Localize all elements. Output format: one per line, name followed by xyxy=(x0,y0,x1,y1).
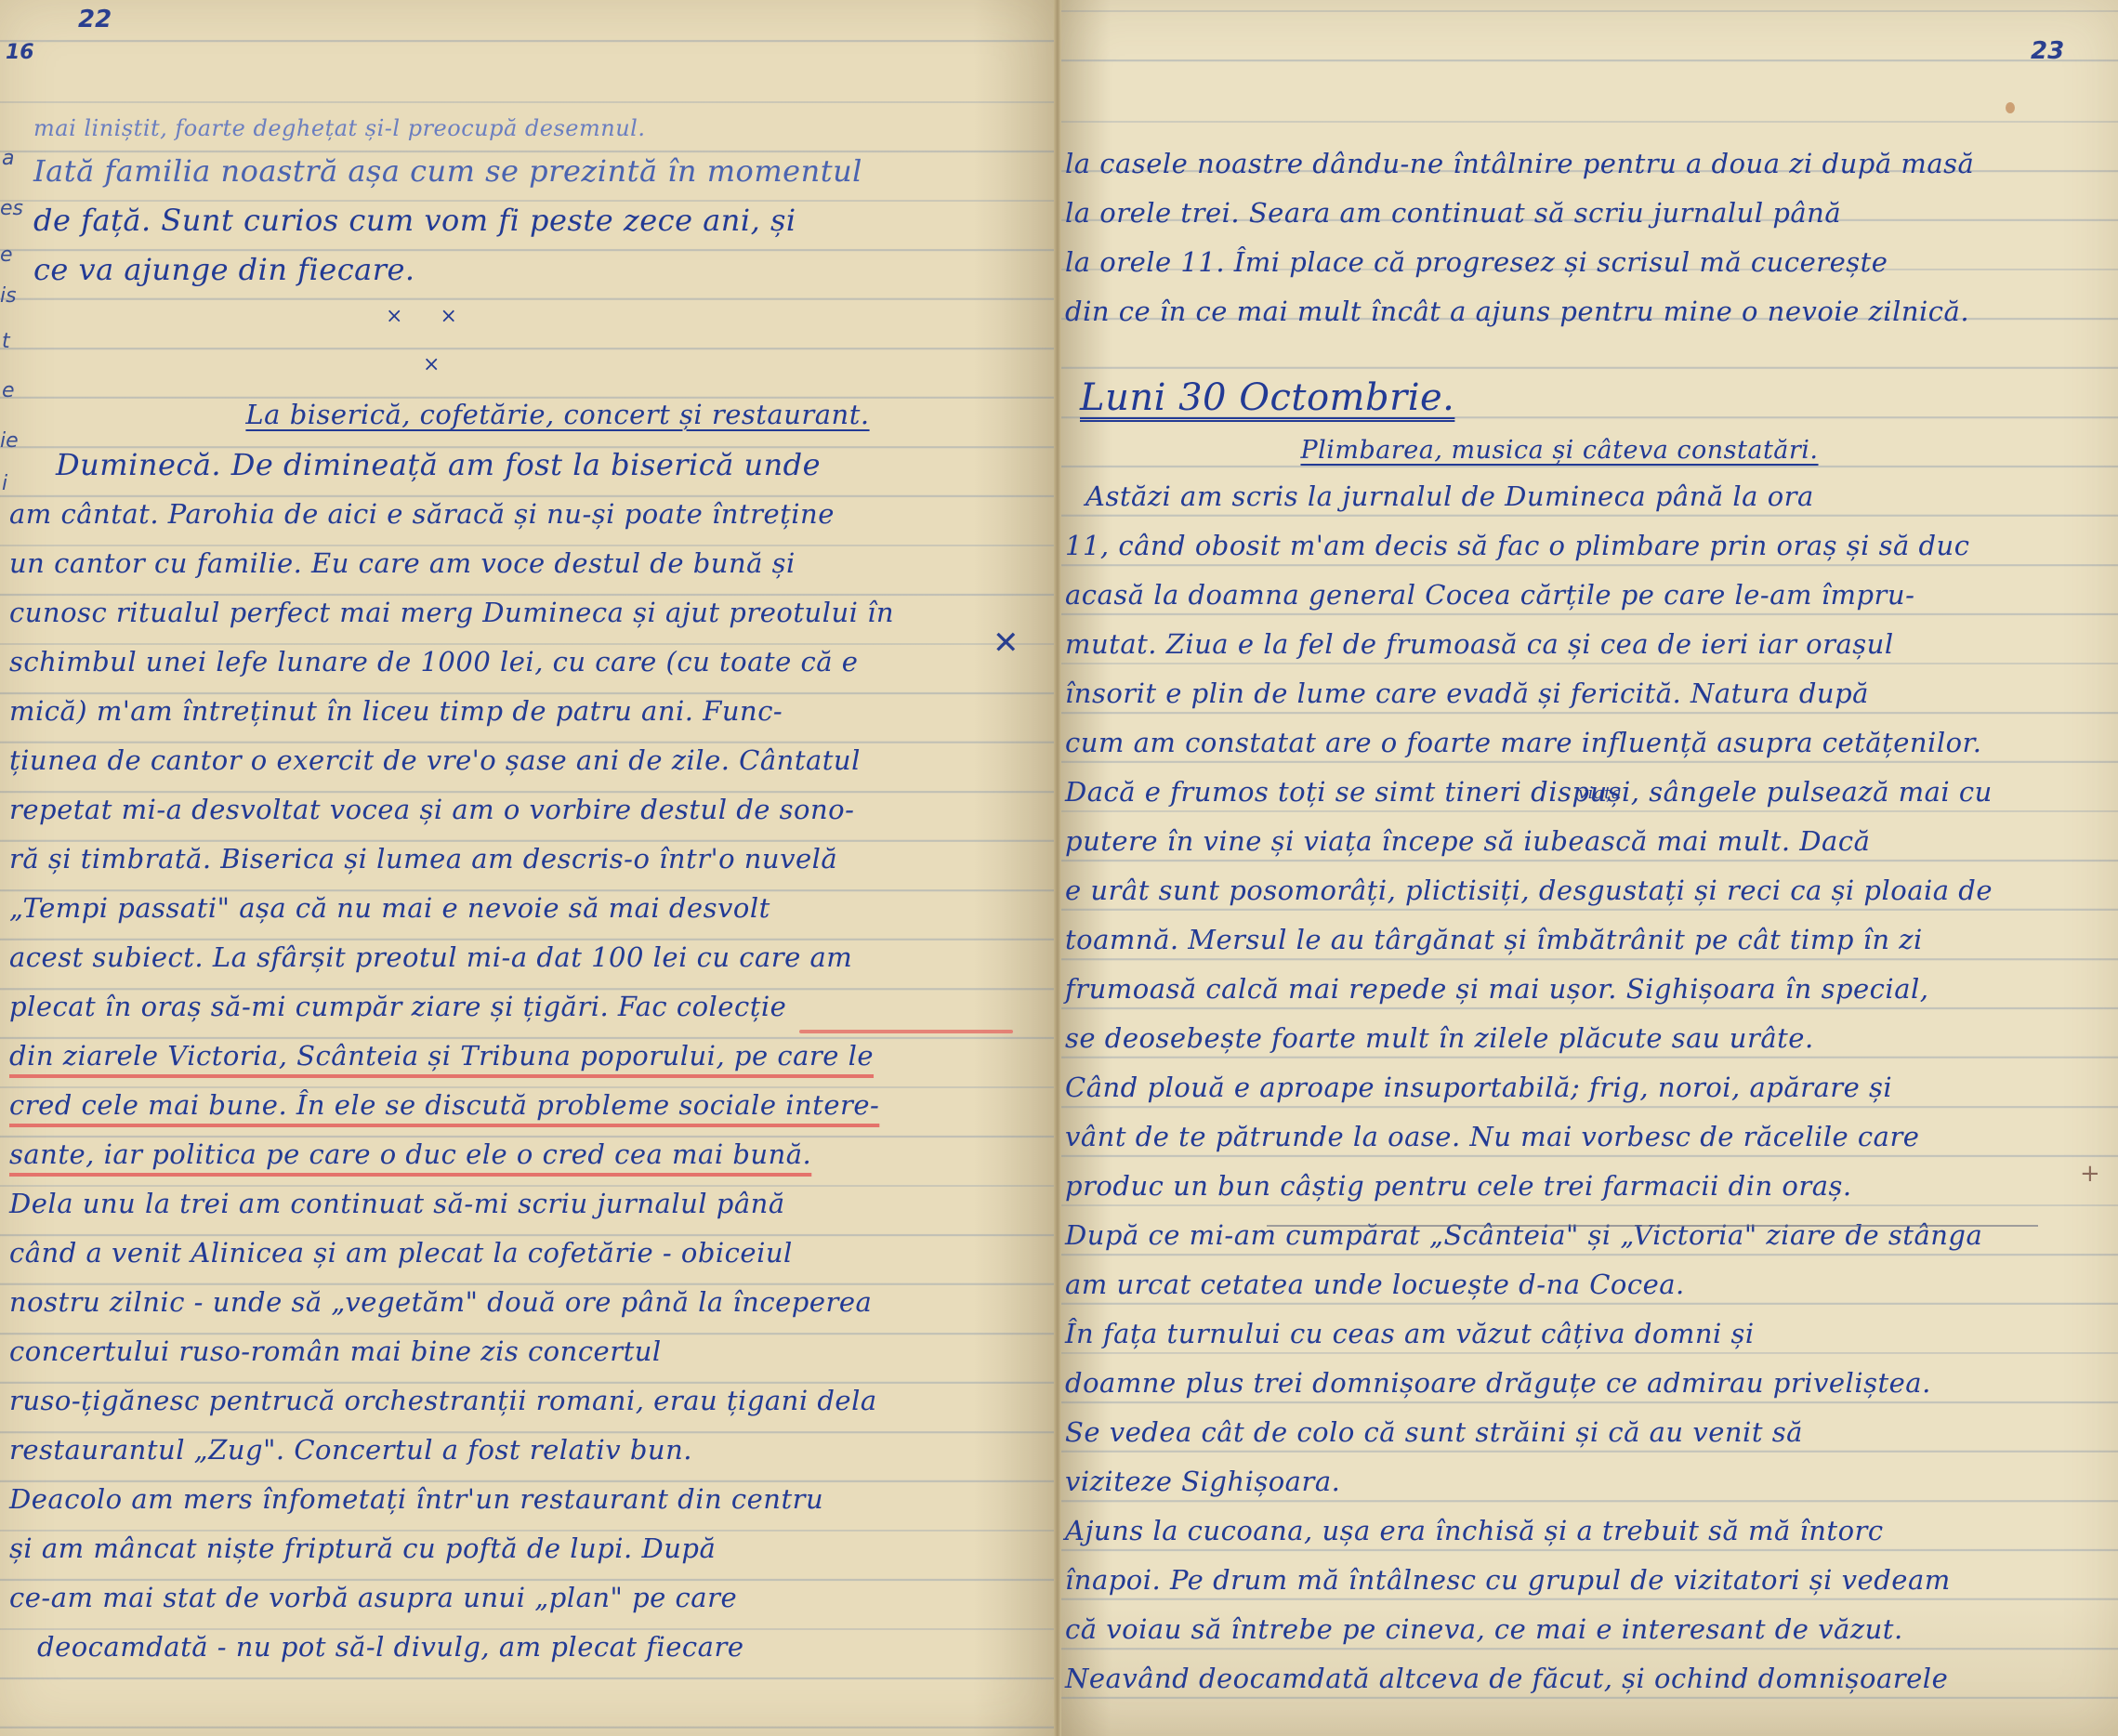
inserted-word: viața xyxy=(1578,783,1622,803)
text-line: mutat. Ziua e la fel de frumoasă ca și c… xyxy=(1065,620,2111,669)
text-line: Se vedea cât de colo că sunt străini și … xyxy=(1065,1408,2111,1457)
text-line: că voiau să întrebe pe cineva, ce mai e … xyxy=(1065,1605,2111,1654)
text-line: Duminecă. De dimineață am fost la biseri… xyxy=(9,441,1046,490)
text-line: mai liniștit, foarte deghețat și-l preoc… xyxy=(33,110,1046,147)
text-line: mică) m'am întreținut în liceu timp de p… xyxy=(9,687,1046,736)
text-line: deocamdată - nu pot să-l divulg, am plec… xyxy=(9,1623,1046,1672)
right-page: 23 la casele noastre dându-ne întâlnire … xyxy=(1058,0,2118,1736)
text-line: la orele trei. Seara am continuat să scr… xyxy=(1065,189,2106,238)
left-page: 22 16 a es e is t e ie i mai liniștit, f… xyxy=(0,0,1058,1736)
text-line: „Tempi passati" așa că nu mai e nevoie s… xyxy=(9,884,1046,933)
text-line: am cântat. Parohia de aici e săracă și n… xyxy=(9,490,1046,539)
text-line: înapoi. Pe drum mă întâlnesc cu grupul d… xyxy=(1065,1556,2111,1605)
text-line: însorit e plin de lume care evadă și fer… xyxy=(1065,669,2111,718)
text-line: când a venit Alinicea și am plecat la co… xyxy=(9,1229,1046,1278)
ink-stain xyxy=(2006,102,2015,113)
separator-marks: ×× xyxy=(386,305,494,328)
book-gutter xyxy=(1054,0,1061,1736)
separator-mark: × xyxy=(440,305,493,328)
text-line: din ce în ce mai mult încât a ajuns pent… xyxy=(1065,287,2106,336)
text-line: produc un bun câștig pentru cele trei fa… xyxy=(1065,1162,2111,1211)
separator-mark: × xyxy=(386,305,440,328)
body-text: Astăzi am scris la jurnalul de Dumineca … xyxy=(1065,472,2111,1703)
text-line: cunosc ritualul perfect mai merg Duminec… xyxy=(9,588,1046,638)
text-line: ce va ajunge din fiecare. xyxy=(33,245,1046,295)
text-line: ruso-țigănesc pentrucă orchestranții rom… xyxy=(9,1376,1046,1426)
text-line: un cantor cu familie. Eu care am voce de… xyxy=(9,539,1046,588)
page-number-margin: 16 xyxy=(6,41,34,64)
text-line: acest subiect. La sfârșit preotul mi-a d… xyxy=(9,933,1046,982)
text-line: putere în vine și viața începe să iubeas… xyxy=(1065,817,2111,866)
text-line: ră și timbrată. Biserica și lumea am des… xyxy=(9,835,1046,884)
text-line: repetat mi-a desvoltat vocea și am o vor… xyxy=(9,785,1046,835)
text-line: am urcat cetatea unde locuește d-na Coce… xyxy=(1065,1260,2111,1309)
margin-fragment: is xyxy=(0,284,17,308)
text-line: nostru zilnic - unde să „vegetăm" două o… xyxy=(9,1278,1046,1327)
margin-fragment: i xyxy=(2,472,7,495)
notebook-spread: 22 16 a es e is t e ie i mai liniștit, f… xyxy=(0,0,2118,1736)
text-line: După ce mi-am cumpărat „Scânteia" și „Vi… xyxy=(1065,1211,2111,1260)
text-line: În fața turnului cu ceas am văzut câțiva… xyxy=(1065,1309,2111,1359)
date-heading: Luni 30 Octombrie. xyxy=(1080,370,1454,426)
text-line: Deacolo am mers înfometați într'un resta… xyxy=(9,1475,1046,1524)
page-number-top: 23 xyxy=(2031,37,2064,65)
text-line: frumoasă calcă mai repede și mai ușor. S… xyxy=(1065,965,2111,1014)
body-text: Duminecă. De dimineață am fost la biseri… xyxy=(9,441,1046,1672)
intro-paragraph: mai liniștit, foarte deghețat și-l preoc… xyxy=(33,110,1046,295)
text-line-red-underlined: din ziarele Victoria, Scânteia și Tribun… xyxy=(9,1032,1046,1081)
margin-fragment: e xyxy=(0,243,13,267)
cross-annotation: + xyxy=(2080,1160,2100,1188)
text-line: toamnă. Mersul le au târgănat și îmbătrâ… xyxy=(1065,915,2111,965)
margin-fragment: e xyxy=(2,379,15,402)
text-line: Dela unu la trei am continuat să-mi scri… xyxy=(9,1179,1046,1229)
text-line-red-underlined: cred cele mai bune. În ele se discută pr… xyxy=(9,1081,1046,1130)
text-line: Astăzi am scris la jurnalul de Dumineca … xyxy=(1065,472,2111,521)
text-line: concertului ruso-român mai bine zis conc… xyxy=(9,1327,1046,1376)
text-line: doamne plus trei domnișoare drăguțe ce a… xyxy=(1065,1359,2111,1408)
text-line: Ajuns la cucoana, ușa era închisă și a t… xyxy=(1065,1506,2111,1556)
text-line: schimbul unei lefe lunare de 1000 lei, c… xyxy=(9,638,1046,687)
section-title: Plimbarea, musica și câteva constatări. xyxy=(1188,426,1931,475)
section-title: La biserică, cofetărie, concert și resta… xyxy=(149,390,967,440)
cross-annotation: ✕ xyxy=(993,625,1020,662)
pencil-underline xyxy=(1267,1225,2038,1227)
page-number-top: 22 xyxy=(78,6,112,33)
text-line: acasă la doamna general Cocea cărțile pe… xyxy=(1065,571,2111,620)
margin-fragment: a xyxy=(2,147,14,170)
text-line: la orele 11. Îmi place că progresez și s… xyxy=(1065,238,2106,287)
text-line: viziteze Sighișoara. xyxy=(1065,1457,2111,1506)
margin-fragment: t xyxy=(2,330,10,353)
text-line: de față. Sunt curios cum vom fi peste ze… xyxy=(33,196,1046,245)
red-pencil-underline xyxy=(799,1030,1013,1033)
text-line: Iată familia noastră așa cum se prezintă… xyxy=(33,147,1046,196)
text-line: plecat în oraș să-mi cumpăr ziare și țig… xyxy=(9,982,1046,1032)
text-line: vânt de te pătrunde la oase. Nu mai vorb… xyxy=(1065,1112,2111,1162)
intro-paragraph: la casele noastre dându-ne întâlnire pen… xyxy=(1065,139,2106,336)
text-line: țiunea de cantor o exercit de vre'o șase… xyxy=(9,736,1046,785)
text-line: ce-am mai stat de vorbă asupra unui „pla… xyxy=(9,1573,1046,1623)
text-line: restaurantul „Zug". Concertul a fost rel… xyxy=(9,1426,1046,1475)
text-line: Când plouă e aproape insuportabilă; frig… xyxy=(1065,1063,2111,1112)
text-line: 11, când obosit m'am decis să fac o plim… xyxy=(1065,521,2111,571)
margin-fragment: es xyxy=(0,197,23,220)
text-line: la casele noastre dându-ne întâlnire pen… xyxy=(1065,139,2106,189)
text-line-red-underlined: sante, iar politica pe care o duc ele o … xyxy=(9,1130,1046,1179)
text-line: cum am constatat are o foarte mare influ… xyxy=(1065,718,2111,768)
separator-mark: × xyxy=(423,353,477,376)
text-line: și am mâncat niște friptură cu poftă de … xyxy=(9,1524,1046,1573)
text-line: se deosebește foarte mult în zilele plăc… xyxy=(1065,1014,2111,1063)
text-line: Neavând deocamdată altceva de făcut, și … xyxy=(1065,1654,2111,1703)
text-line: e urât sunt posomorâți, plictisiți, desg… xyxy=(1065,866,2111,915)
